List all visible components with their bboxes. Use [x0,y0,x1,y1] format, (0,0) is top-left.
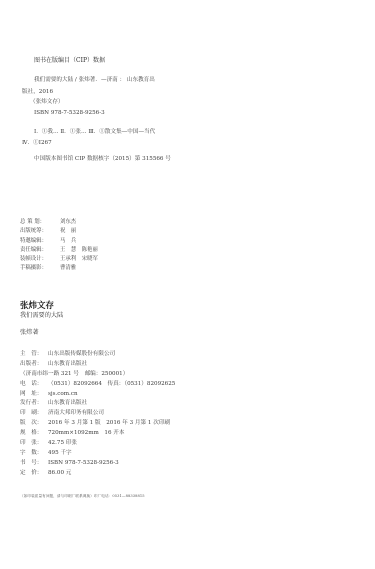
credit-label: 手稿摄影： [20,265,60,274]
info-label: 定 价： [20,469,48,479]
info-row: 规 格： 720mm×1092mm 16 开本 [20,429,175,439]
info-value: （0531）82092664 传真：（0531）82092625 [48,380,175,390]
info-value: ISBN 978-7-5328-9256-3 [48,459,119,469]
info-row: 主 管： 山东出版传媒股份有限公司 [20,350,175,360]
info-label: 发行者： [20,399,48,409]
info-label: 书 号： [20,459,48,469]
info-row: 印 刷： 济南大邦印务有限公司 [20,409,175,419]
credit-row: 总 策 划： 刘东杰 [20,219,98,228]
info-value: 2016 年 3 月第 1 版 2016 年 3 月第 1 次印刷 [48,419,170,429]
cip-line-1: 我们需要的大陆 / 张炜著．—济南 ： 山东教育出 [34,76,155,84]
info-value: 山东教育出版社 [48,360,87,370]
credit-value: 曹清雅 [60,265,76,274]
credits-list: 总 策 划： 刘东杰 出版统筹： 祝 丽 特邀编辑： 马 兵 责任编辑： 王 慧… [20,219,98,275]
info-label: 印 张： [20,439,48,449]
info-value: 42.75 印张 [48,439,77,449]
info-value: 86.00 元 [48,469,71,479]
info-row: 出版者： 山东教育出版社 [20,360,175,370]
info-label: 规 格： [20,429,48,439]
credit-label: 出版统筹： [20,228,60,237]
info-value: 山东教育出版社 [48,399,87,409]
cip-line-7-record-number: 中国版本图书馆 CIP 数据核字（2015）第 315566 号 [34,155,171,163]
info-label: 字 数： [20,449,48,459]
credit-label: 特邀编辑： [20,238,60,247]
info-label: 出版者： [20,360,48,370]
info-value: 720mm×1092mm 16 开本 [48,429,125,439]
info-value: 495 千字 [48,449,72,459]
info-value: （济南市纬一路 321 号 邮编：250001） [20,370,128,380]
footer-note: （如印装质量有问题，请与印刷厂联系调换）印厂电话：0531—88338815 [20,494,145,499]
info-value: sjs.com.cn [48,390,78,400]
credit-row: 手稿摄影： 曹清雅 [20,265,98,274]
info-row: （济南市纬一路 321 号 邮编：250001） [20,370,175,380]
publishing-info-list: 主 管： 山东出版传媒股份有限公司 出版者： 山东教育出版社 （济南市纬一路 3… [20,350,175,479]
info-label: 主 管： [20,350,48,360]
credit-row: 出版统筹： 祝 丽 [20,228,98,237]
info-row: 版 次： 2016 年 3 月第 1 版 2016 年 3 月第 1 次印刷 [20,419,175,429]
info-row: 字 数： 495 千字 [20,449,175,459]
credit-label: 责任编辑： [20,247,60,256]
info-row: 印 张： 42.75 印张 [20,439,175,449]
cip-line-2: 版社，2016 [22,88,53,96]
cip-heading: 图书在版编目（CIP）数据 [34,55,105,64]
book-title: 我们需要的大陆 [20,310,63,319]
book-author: 张炜著 [20,327,39,336]
cip-line-3: （张炜文存） [30,98,64,106]
credit-value: 王 慧 陈艳丽 [60,247,98,256]
info-row: 网 址： sjs.com.cn [20,390,175,400]
credit-value: 马 兵 [60,238,76,247]
credit-value: 祝 丽 [60,228,76,237]
info-value: 济南大邦印务有限公司 [48,409,104,419]
cip-line-6-classification: Ⅳ．①I267 [22,139,52,147]
info-row: 定 价： 86.00 元 [20,469,175,479]
info-label: 电 话： [20,380,48,390]
info-value: 山东出版传媒股份有限公司 [48,350,115,360]
info-row: 发行者： 山东教育出版社 [20,399,175,409]
info-row: 电 话： （0531）82092664 传真：（0531）82092625 [20,380,175,390]
info-label: 网 址： [20,390,48,400]
credit-value: 刘东杰 [60,219,76,228]
credit-row: 特邀编辑： 马 兵 [20,238,98,247]
cip-line-4-isbn: ISBN 978-7-5328-9256-3 [34,109,105,117]
info-label: 印 刷： [20,409,48,419]
cip-line-5-classification: Ⅰ．①我… Ⅱ．①张… Ⅲ．①散文集—中国—当代 [34,128,155,136]
info-row: 书 号： ISBN 978-7-5328-9256-3 [20,459,175,469]
credit-label: 总 策 划： [20,219,60,228]
credit-row: 责任编辑： 王 慧 陈艳丽 [20,247,98,256]
info-label: 版 次： [20,419,48,429]
